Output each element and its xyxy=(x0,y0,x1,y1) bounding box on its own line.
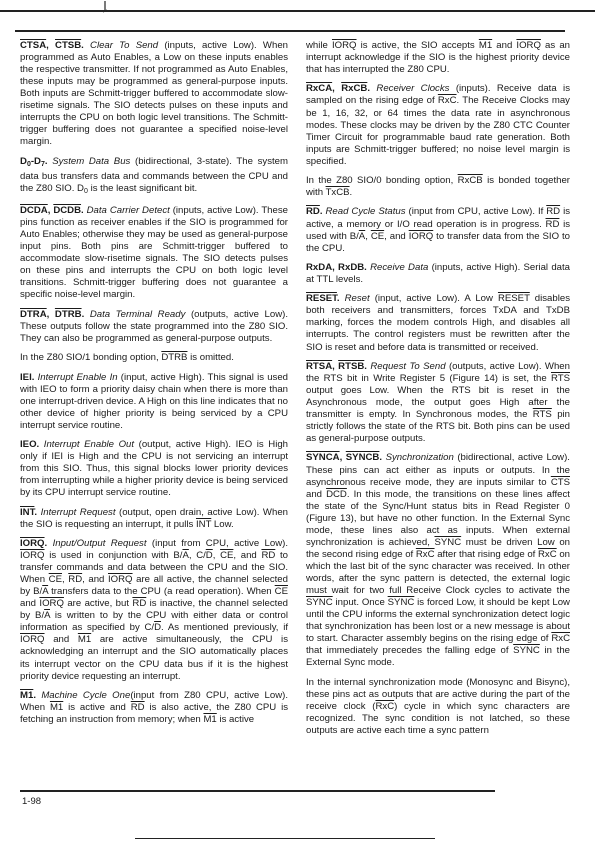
text-run: and xyxy=(45,634,78,645)
text-run: IORQ xyxy=(516,40,541,51)
pin-name: IEI. xyxy=(20,372,38,383)
pin-function: Data Carrier Detect xyxy=(87,205,170,216)
pin-name: DTRB xyxy=(55,309,82,320)
pin-name: -D xyxy=(31,156,41,167)
text-run: RD xyxy=(546,206,560,217)
text-run: RD xyxy=(546,219,560,230)
pin-name: M1 xyxy=(20,690,33,701)
pin-function: System Data Bus xyxy=(52,156,130,167)
pin-description-paragraph: INT. Interrupt Request (output, open dra… xyxy=(20,507,288,531)
text-run: IORQ xyxy=(20,634,45,645)
text-run: SYNC xyxy=(513,645,540,656)
text-run: M1 xyxy=(50,702,63,713)
text-run: CE xyxy=(371,231,384,242)
pin-name: DCDA xyxy=(20,205,48,216)
text-run: In the Z80 SIO/0 bonding option, xyxy=(306,175,458,186)
text-run: . xyxy=(350,187,353,198)
text-run: RTS xyxy=(533,409,552,420)
pin-description-paragraph: RxDA, RxDB. Receive Data (inputs, active… xyxy=(306,262,570,286)
text-run: (input from CPU, active Low). If xyxy=(406,206,547,217)
text-run: Low. xyxy=(211,519,233,530)
pin-function: Reset xyxy=(345,293,370,304)
pin-function: Read Cycle Status xyxy=(326,206,406,217)
pin-function: Interrupt Enable Out xyxy=(44,439,134,450)
text-run: is omitted. xyxy=(187,352,233,363)
pin-name: , xyxy=(47,309,55,320)
text-run: that immediately precedes the falling ed… xyxy=(306,645,513,656)
text-run: RxC xyxy=(416,549,435,560)
pin-name: RxCB xyxy=(341,83,367,94)
text-run: INT xyxy=(196,519,211,530)
top-rule-inner xyxy=(15,30,565,32)
text-run: RD xyxy=(68,574,82,585)
pin-description-paragraph: In the Z80 SIO/0 bonding option, RxCB is… xyxy=(306,175,570,199)
text-run: RD xyxy=(132,598,146,609)
text-run: D xyxy=(154,622,161,633)
text-run: are active, but xyxy=(64,598,132,609)
text-run: RTS xyxy=(551,373,570,384)
bottom-rule xyxy=(135,838,435,839)
pin-function: Input/Output Request xyxy=(53,538,147,549)
text-run: transfers data to the CPU (a read operat… xyxy=(48,586,275,597)
pin-description-paragraph: M1. Machine Cycle One(input from Z80 CPU… xyxy=(20,690,288,726)
text-run: SYNC xyxy=(388,597,415,608)
text-run: . As mentioned previously, if xyxy=(161,622,288,633)
text-run: is the least significant bit. xyxy=(88,183,197,194)
text-run: SYNC xyxy=(306,597,333,608)
pin-description-paragraph: while IORQ is active, the SIO accepts M1… xyxy=(306,40,570,76)
pin-name: RESET xyxy=(306,293,337,304)
text-run: IORQ xyxy=(39,598,64,609)
pin-function: Interrupt Enable In xyxy=(38,372,118,383)
text-run: CE xyxy=(49,574,62,585)
text-run: IORQ xyxy=(20,550,45,561)
text-run: D xyxy=(206,550,213,561)
text-run: , C/ xyxy=(189,550,206,561)
pin-name: SYNCA xyxy=(306,452,340,463)
text-run: RD xyxy=(261,550,275,561)
text-run: , and xyxy=(384,231,409,242)
text-run: while xyxy=(306,40,332,51)
text-run: (input, active Low). A Low xyxy=(370,293,498,304)
text-run: is active xyxy=(217,714,254,725)
pin-function: Data Terminal Ready xyxy=(90,309,186,320)
pin-description-paragraph: CTSA, CTSB. Clear To Send (inputs, activ… xyxy=(20,40,288,148)
pin-name: SYNCB xyxy=(346,452,380,463)
pin-description-paragraph: DCDA, DCDB. Data Carrier Detect (inputs,… xyxy=(20,205,288,301)
text-run: RxC xyxy=(438,95,457,106)
text-run: CE xyxy=(275,586,288,597)
text-run: and xyxy=(20,598,39,609)
text-run: RESET xyxy=(498,293,530,304)
text-run: RD xyxy=(131,702,145,713)
pin-description-paragraph: DTRA, DTRB. Data Terminal Ready (outputs… xyxy=(20,309,288,345)
pin-description-paragraph: RTSA, RTSB. Request To Send (outputs, ac… xyxy=(306,361,570,445)
text-run: M1 xyxy=(479,40,492,51)
text-run: is active, the SIO accepts xyxy=(357,40,479,51)
text-run: after that rising edge of xyxy=(435,549,538,560)
pin-description-paragraph: RxCA, RxCB. Receiver Clocks (inputs). Re… xyxy=(306,83,570,167)
pin-name: CTSB xyxy=(55,40,81,51)
pin-name: RxDA, RxDB. xyxy=(306,262,370,273)
pin-function: Machine Cycle One xyxy=(41,690,130,701)
text-run: RxCB xyxy=(458,175,483,186)
pin-name: INT xyxy=(20,507,34,518)
text-run: DTRB xyxy=(161,352,187,363)
pin-name: , xyxy=(46,40,55,51)
text-run: M1 xyxy=(78,634,91,645)
footer-rule xyxy=(20,790,495,792)
pin-name: D xyxy=(20,156,27,167)
pin-name: RD xyxy=(306,206,320,217)
text-run: M1 xyxy=(203,714,216,725)
pin-description-paragraph: IEI. Interrupt Enable In (input, active … xyxy=(20,372,288,432)
pin-function: Receiver Clocks xyxy=(376,83,449,94)
pin-description-paragraph: In the internal synchronization mode (Mo… xyxy=(306,677,570,737)
pin-name: RxCA xyxy=(306,83,332,94)
text-run: input. Once xyxy=(333,597,388,608)
text-run: TxCB xyxy=(326,187,350,198)
text-run: is active and xyxy=(63,702,130,713)
pin-name: . xyxy=(337,293,345,304)
pin-description-paragraph: IORQ. Input/Output Request (input from C… xyxy=(20,538,288,683)
left-column: CTSA, CTSB. Clear To Send (inputs, activ… xyxy=(20,40,288,733)
text-run: (input from CPU, active Low). xyxy=(147,538,289,549)
pin-function: Interrupt Request xyxy=(41,507,116,518)
text-run: In the Z80 SIO/1 bonding option, xyxy=(20,352,161,363)
text-run: DCD xyxy=(326,489,347,500)
pin-name: . xyxy=(81,40,90,51)
text-run: RxC xyxy=(551,633,570,644)
pin-name: RTSA xyxy=(306,361,332,372)
right-column: while IORQ is active, the SIO accepts M1… xyxy=(306,40,570,744)
pin-description-paragraph: RD. Read Cycle Status (input from CPU, a… xyxy=(306,206,570,254)
text-run: CTS xyxy=(551,477,570,488)
pin-function: Request To Send xyxy=(370,361,445,372)
pin-name: IORQ xyxy=(20,538,45,549)
pin-function: Clear To Send xyxy=(90,40,158,51)
text-run: RxC xyxy=(375,701,394,712)
pin-name: CTSA xyxy=(20,40,46,51)
text-run: output goes Low. When the RTS bit is res… xyxy=(306,385,570,420)
text-run: (inputs, active Low). These pins functio… xyxy=(20,205,288,300)
pin-name: , xyxy=(332,83,341,94)
pin-name: RTSB xyxy=(338,361,364,372)
text-run: and xyxy=(492,40,516,51)
text-run: RxC xyxy=(538,549,557,560)
pin-description-paragraph: IEO. Interrupt Enable Out (output, activ… xyxy=(20,439,288,499)
text-run: IORQ xyxy=(332,40,357,51)
pin-description-paragraph: SYNCA, SYNCB. Synchronization (bidirecti… xyxy=(306,452,570,669)
text-run: IORQ xyxy=(409,231,434,242)
text-run: SYNC xyxy=(434,537,461,548)
pin-name: IEO. xyxy=(20,439,44,450)
scan-mark xyxy=(100,0,110,12)
pin-description-paragraph: D0-D7. System Data Bus (bidirectional, 3… xyxy=(20,156,288,198)
text-run: , and xyxy=(82,574,108,585)
text-run: is used in conjunction with B/ xyxy=(45,550,183,561)
top-rule-outer xyxy=(0,10,595,12)
pin-name: . xyxy=(45,538,53,549)
pin-name: DTRA xyxy=(20,309,47,320)
pin-function: Synchronization xyxy=(386,452,454,463)
pin-name: . xyxy=(82,309,90,320)
text-run: IORQ xyxy=(108,574,133,585)
pin-name: DCDB xyxy=(53,205,81,216)
text-run: , and xyxy=(233,550,261,561)
text-run: CE xyxy=(220,550,233,561)
pin-description-paragraph: In the Z80 SIO/1 bonding option, DTRB is… xyxy=(20,352,288,364)
page-number: 1-98 xyxy=(22,796,41,807)
text-run: (inputs, active Low). When programmed as… xyxy=(20,40,288,147)
pin-function: Receive Data xyxy=(370,262,428,273)
pin-description-paragraph: RESET. Reset (input, active Low). A Low … xyxy=(306,293,570,353)
text-run: and xyxy=(306,489,326,500)
text-run: , xyxy=(213,550,220,561)
